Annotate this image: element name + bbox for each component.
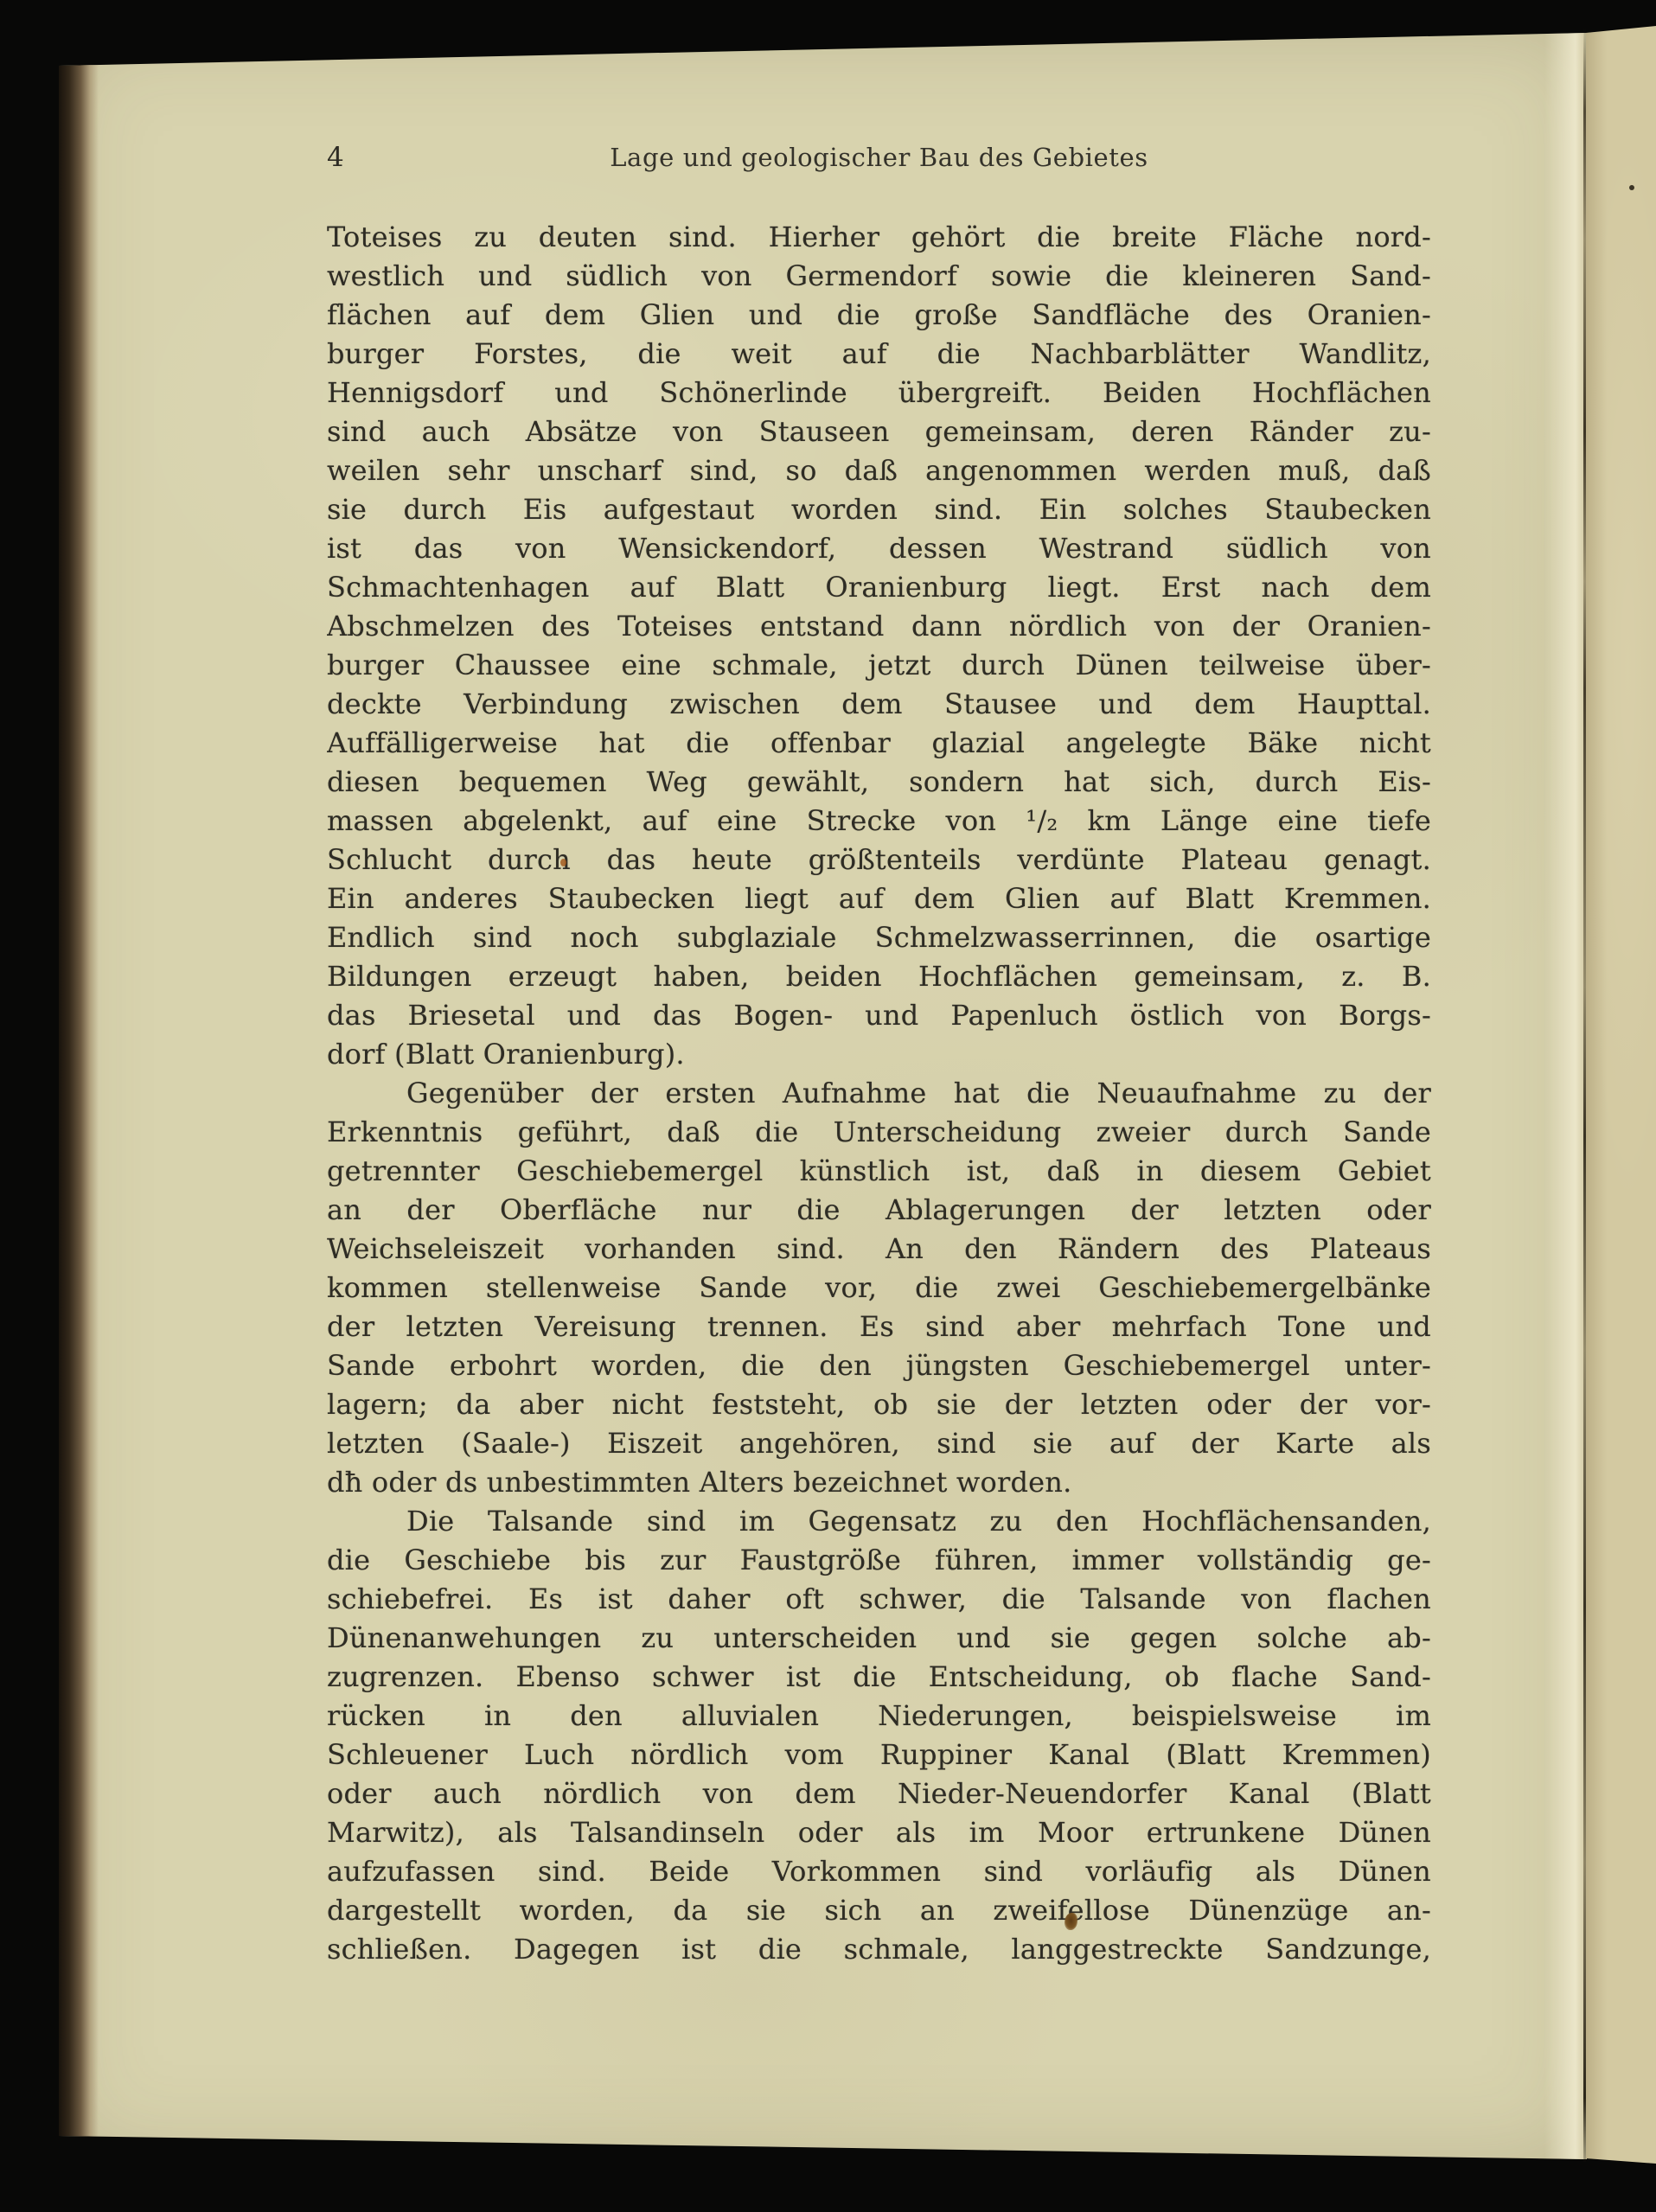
paper-speck [1629, 185, 1634, 190]
text-line: Die Talsande sind im Gegensatz zu den Ho… [327, 1502, 1431, 1541]
text-line: dħ oder ds unbestimmten Alters bezeichne… [327, 1463, 1431, 1502]
text-line: Schleuener Luch nördlich vom Ruppiner Ka… [327, 1736, 1431, 1774]
text-line: Weichseleiszeit vorhanden sind. An den R… [327, 1230, 1431, 1269]
text-line: an der Oberfläche nur die Ablagerungen d… [327, 1191, 1431, 1230]
text-block: Toteises zu deuten sind. Hierher gehört … [327, 218, 1431, 1969]
text-line: Schmachtenhagen auf Blatt Oranienburg li… [327, 568, 1431, 607]
text-line: aufzufassen sind. Beide Vorkommen sind v… [327, 1852, 1431, 1891]
text-line: Endlich sind noch subglaziale Schmelzwas… [327, 918, 1431, 957]
text-line: schiebefrei. Es ist daher oft schwer, di… [327, 1580, 1431, 1619]
text-line: der letzten Vereisung trennen. Es sind a… [327, 1307, 1431, 1346]
text-line: deckte Verbindung zwischen dem Stausee u… [327, 685, 1431, 724]
text-line: Dünenanwehungen zu unterscheiden und sie… [327, 1619, 1431, 1658]
paragraph: Die Talsande sind im Gegensatz zu den Ho… [327, 1502, 1431, 1969]
text-line: burger Forstes, die weit auf die Nachbar… [327, 335, 1431, 374]
text-line: dorf (Blatt Oranienburg). [327, 1035, 1431, 1074]
text-line: getrennter Geschiebemergel künstlich ist… [327, 1152, 1431, 1191]
text-line: ist das von Wensickendorf, dessen Westra… [327, 529, 1431, 568]
text-line: Gegenüber der ersten Aufnahme hat die Ne… [327, 1074, 1431, 1113]
text-line: westlich und südlich von Germendorf sowi… [327, 257, 1431, 296]
text-line: kommen stellenweise Sande vor, die zwei … [327, 1269, 1431, 1307]
text-line: zugrenzen. Ebenso schwer ist die Entsche… [327, 1658, 1431, 1697]
text-line: lagern; da aber nicht feststeht, ob sie … [327, 1385, 1431, 1424]
text-line: Schlucht durch das heute größtenteils ve… [327, 841, 1431, 879]
paper-speck [560, 859, 566, 866]
paragraph: Gegenüber der ersten Aufnahme hat die Ne… [327, 1074, 1431, 1502]
text-line: flächen auf dem Glien und die große Sand… [327, 296, 1431, 335]
text-line: Bildungen erzeugt haben, beiden Hochfläc… [327, 957, 1431, 996]
text-line: Toteises zu deuten sind. Hierher gehört … [327, 218, 1431, 257]
text-line: sie durch Eis aufgestaut worden sind. Ei… [327, 490, 1431, 529]
text-line: oder auch nördlich von dem Nieder-Neuend… [327, 1774, 1431, 1813]
gutter-shadow [59, 31, 99, 2160]
text-line: dargestellt worden, da sie sich an zweif… [327, 1891, 1431, 1930]
scanned-book-photo: 4 Lage und geologischer Bau des Gebietes… [0, 0, 1656, 2212]
text-line: das Briesetal und das Bogen- und Papenlu… [327, 996, 1431, 1035]
text-line: die Geschiebe bis zur Faustgröße führen,… [327, 1541, 1431, 1580]
text-line: diesen bequemen Weg gewählt, sondern hat… [327, 763, 1431, 802]
text-line: Erkenntnis geführt, daß die Unterscheidu… [327, 1113, 1431, 1152]
text-line: Sande erbohrt worden, die den jüngsten G… [327, 1346, 1431, 1385]
text-line: massen abgelenkt, auf eine Strecke von ¹… [327, 802, 1431, 841]
text-line: Hennigsdorf und Schönerlinde übergreift.… [327, 374, 1431, 412]
text-line: schließen. Dagegen ist die schmale, lang… [327, 1930, 1431, 1969]
page-edge-sheen [1544, 31, 1584, 2160]
next-page-edge [1586, 26, 1656, 2169]
text-line: burger Chaussee eine schmale, jetzt durc… [327, 646, 1431, 685]
text-line: rücken in den alluvialen Niederungen, be… [327, 1697, 1431, 1736]
text-line: Marwitz), als Talsandinseln oder als im … [327, 1813, 1431, 1852]
text-line: sind auch Absätze von Stauseen gemeinsam… [327, 412, 1431, 451]
text-line: Ein anderes Staubecken liegt auf dem Gli… [327, 879, 1431, 918]
running-header: Lage und geologischer Bau des Gebietes [327, 143, 1431, 172]
text-line: weilen sehr unscharf sind, so daß angeno… [327, 451, 1431, 490]
paragraph: Toteises zu deuten sind. Hierher gehört … [327, 218, 1431, 1074]
text-line: Abschmelzen des Toteises entstand dann n… [327, 607, 1431, 646]
page-fold-line [1583, 26, 1586, 2162]
text-line: Auffälligerweise hat die offenbar glazia… [327, 724, 1431, 763]
text-line: letzten (Saale-) Eiszeit angehören, sind… [327, 1424, 1431, 1463]
